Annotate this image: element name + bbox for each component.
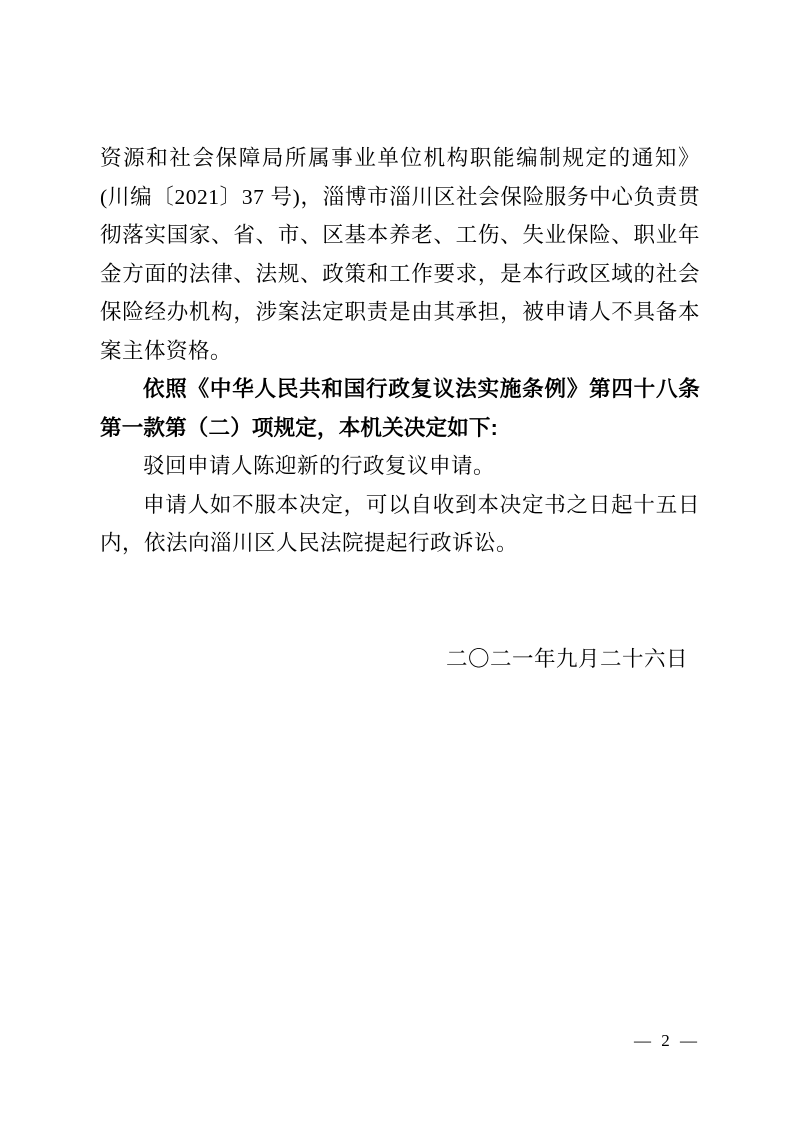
document-body: 资源和社会保障局所属事业单位机构职能编制规定的通知》(川编〔2021〕37 号)… xyxy=(100,139,700,678)
document-date: 二〇二一年九月二十六日 xyxy=(100,640,700,679)
paragraph-decision: 驳回申请人陈迎新的行政复议申请。 xyxy=(100,447,700,486)
paragraph-continuation: 资源和社会保障局所属事业单位机构职能编制规定的通知》(川编〔2021〕37 号)… xyxy=(100,139,700,370)
paragraph-decision-basis: 依照《中华人民共和国行政复议法实施条例》第四十八条第一款第（二）项规定，本机关决… xyxy=(100,370,700,447)
document-page: 资源和社会保障局所属事业单位机构职能编制规定的通知》(川编〔2021〕37 号)… xyxy=(0,0,794,1123)
page-number: — 2 — xyxy=(634,1028,700,1054)
paragraph-appeal-rights: 申请人如不服本决定，可以自收到本决定书之日起十五日内，依法向淄川区人民法院提起行… xyxy=(100,486,700,563)
